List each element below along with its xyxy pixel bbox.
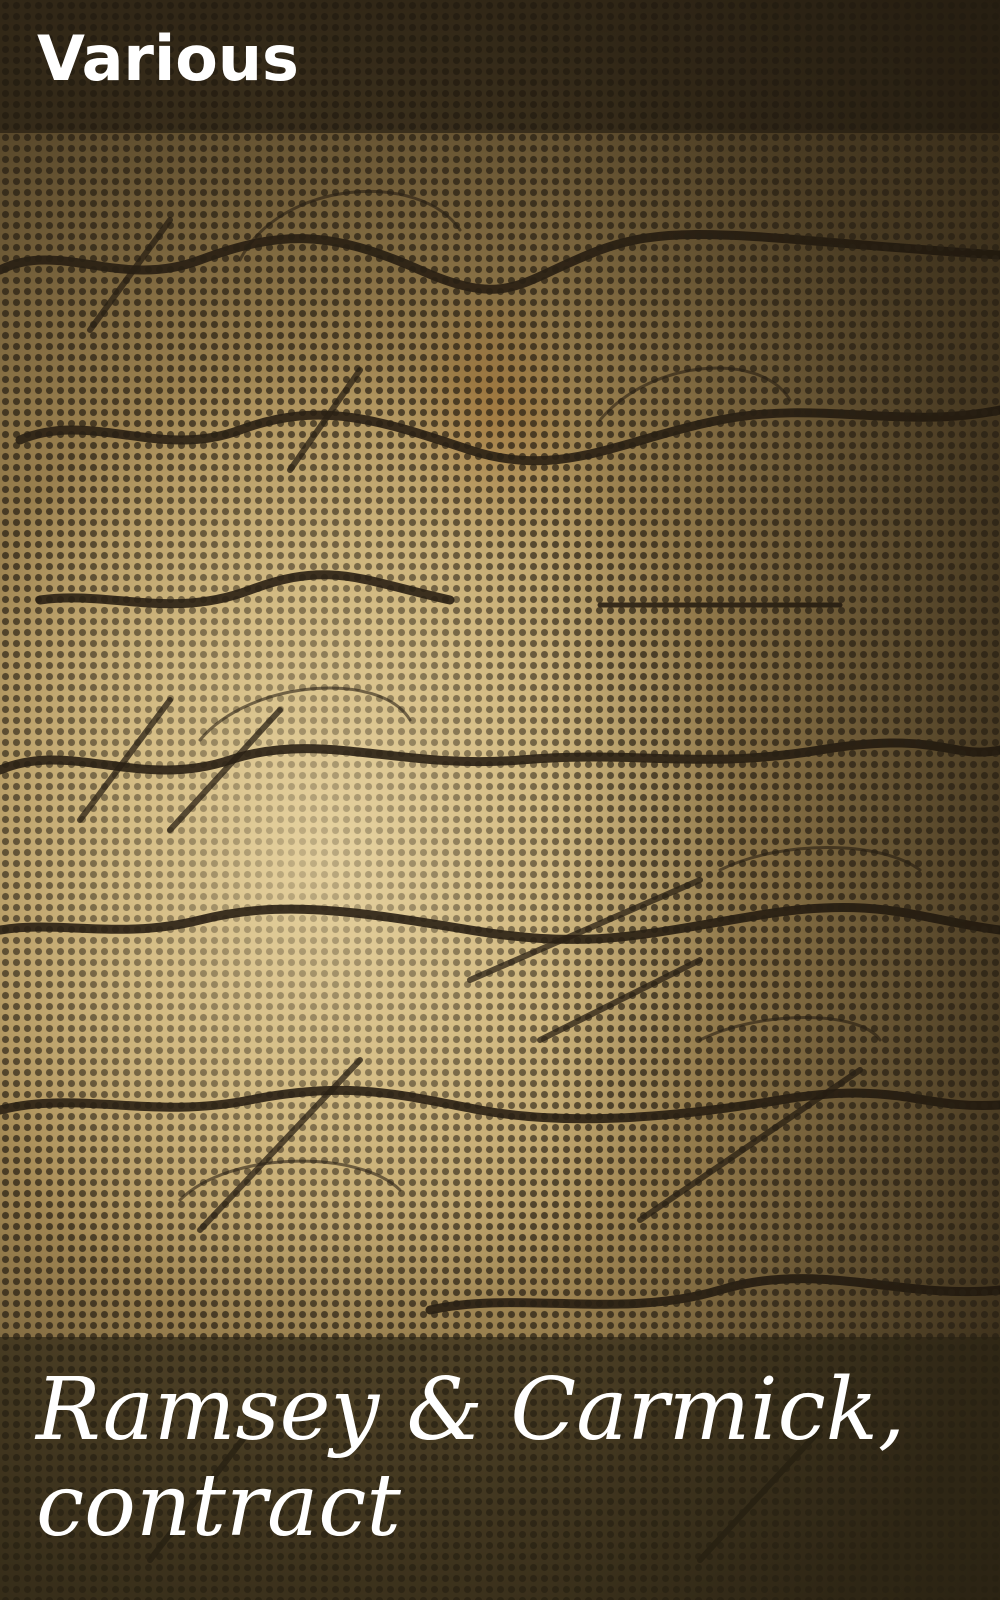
book-title: Ramsey & Carmick, contract xyxy=(36,1362,996,1554)
book-cover: Various Ramsey & Carmick, contract xyxy=(0,0,1000,1600)
author-name: Various xyxy=(37,28,299,90)
